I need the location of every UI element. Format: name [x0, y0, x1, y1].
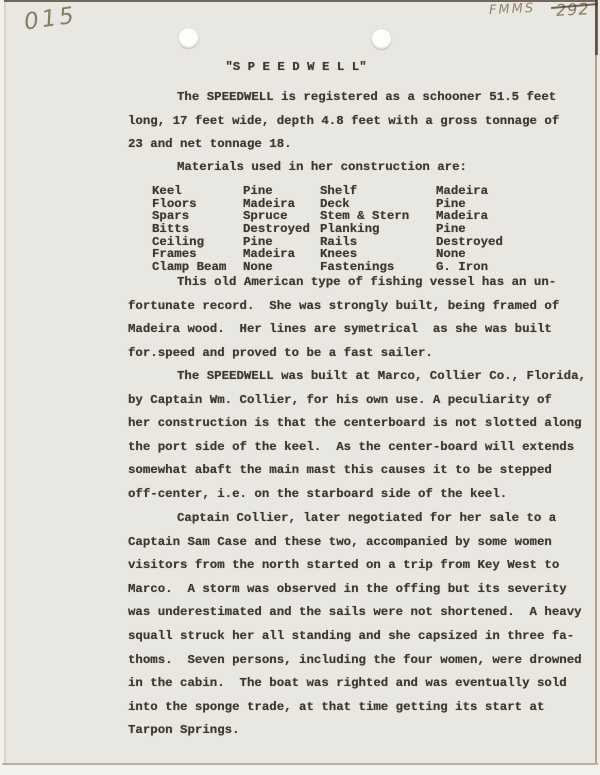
text-line: squall struck her all standing and she c… — [128, 625, 598, 649]
materials-cell: Bitts — [152, 223, 243, 236]
text-line: long, 17 feet wide, depth 4.8 feet with … — [128, 110, 598, 134]
text-line: off-center, i.e. on the starboard side o… — [128, 483, 598, 507]
text-line: Madeira wood. Her lines are symetrical a… — [128, 318, 598, 342]
text-line: Captain Sam Case and these two, accompan… — [128, 531, 598, 555]
text-line: fortunate record. She was strongly built… — [128, 295, 598, 319]
materials-cell: Shelf — [320, 185, 436, 198]
materials-cell: Destroyed — [243, 223, 320, 236]
materials-cell: Pine — [243, 185, 320, 198]
text-line: visitors from the north started on a tri… — [128, 554, 598, 578]
text-line: the port side of the keel. As the center… — [128, 436, 598, 460]
paragraph-capsizing: Captain Collier, later negotiated for he… — [128, 507, 598, 743]
text-line: The SPEEDWELL is registered as a schoone… — [128, 86, 598, 110]
text-line: was underestimated and the sails were no… — [128, 601, 598, 625]
scan-bottom-edge — [0, 765, 600, 775]
pencil-note-number: 292 — [556, 0, 590, 20]
paragraph-history: This old American type of fishing vessel… — [128, 271, 598, 365]
text-line: Tarpon Springs. — [128, 719, 598, 743]
text-line: for.speed and proved to be a fast sailer… — [128, 342, 598, 366]
materials-cell: Pine — [436, 223, 592, 236]
text-line: by Captain Wm. Collier, for his own use.… — [128, 389, 598, 413]
document-title: "S P E E D W E L L" — [0, 60, 592, 75]
scanned-document-page: 015 FMMS 292 "S P E E D W E L L" The SPE… — [0, 0, 600, 775]
paragraph-construction: The SPEEDWELL was built at Marco, Collie… — [128, 365, 598, 507]
materials-cell: Madeira — [436, 185, 592, 198]
text-line: thoms. Seven persons, including the four… — [128, 649, 598, 673]
punch-hole-left — [178, 28, 199, 49]
text-line: This old American type of fishing vessel… — [128, 271, 598, 295]
text-line: Captain Collier, later negotiated for he… — [128, 507, 598, 531]
materials-cell: Planking — [320, 223, 436, 236]
materials-intro-line: Materials used in her construction are: — [128, 156, 598, 180]
text-line: Materials used in her construction are: — [128, 156, 598, 180]
punch-hole-right — [371, 29, 392, 50]
materials-row: BittsDestroyedPlankingPine — [152, 223, 592, 236]
text-line: The SPEEDWELL was built at Marco, Collie… — [128, 365, 598, 389]
materials-table: KeelPineShelfMadeiraFloorsMadeiraDeckPin… — [152, 185, 592, 274]
materials-row: KeelPineShelfMadeira — [152, 185, 592, 198]
text-line: somewhat abaft the main mast this causes… — [128, 459, 598, 483]
paragraph-registration: The SPEEDWELL is registered as a schoone… — [128, 86, 598, 157]
materials-row: CeilingPineRailsDestroyed — [152, 236, 592, 249]
text-line: into the sponge trade, at that time gett… — [128, 696, 598, 720]
text-line: Marco. A storm was observed in the offin… — [128, 578, 598, 602]
text-line: 23 and net tonnage 18. — [128, 133, 598, 157]
paper-left-shadow — [4, 0, 6, 775]
text-line: her construction is that the centerboard… — [128, 412, 598, 436]
paper-right-corner-mark — [595, 0, 598, 55]
pencil-note-fmms: FMMS — [489, 1, 536, 18]
text-line: in the cabin. The boat was righted and w… — [128, 672, 598, 696]
materials-cell: Keel — [152, 185, 243, 198]
